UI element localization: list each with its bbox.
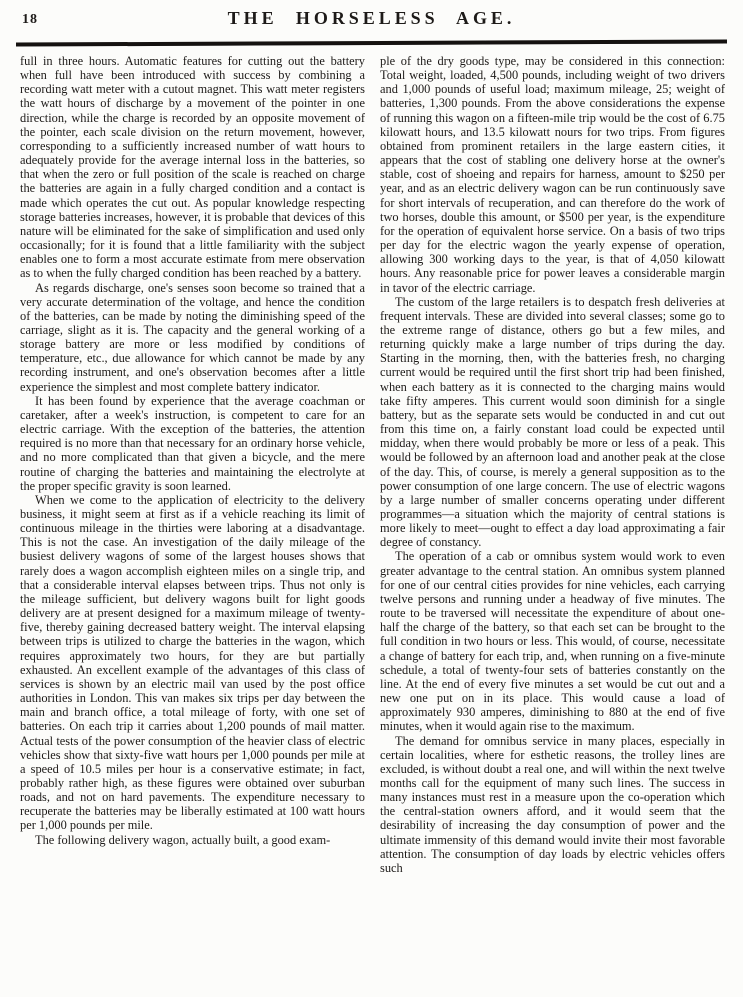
text-columns: full in three hours. Automatic features … (20, 54, 725, 875)
page-title: THE HORSELESS AGE. (0, 8, 743, 29)
paragraph: The demand for omnibus service in many p… (380, 734, 725, 876)
paragraph: The operation of a cab or omnibus system… (380, 549, 725, 733)
column-left: full in three hours. Automatic features … (20, 54, 365, 875)
paragraph: It has been found by experience that the… (20, 394, 365, 493)
paragraph: The following delivery wagon, actually b… (20, 833, 365, 847)
paragraph: The custom of the large retailers is to … (380, 295, 725, 550)
magazine-page: 18 THE HORSELESS AGE. full in three hour… (0, 0, 743, 997)
page-header: 18 THE HORSELESS AGE. (0, 0, 743, 40)
paragraph: ple of the dry goods type, may be consid… (380, 54, 725, 295)
paragraph: As regards discharge, one's senses soon … (20, 281, 365, 394)
header-rule (16, 39, 727, 46)
paragraph: When we come to the application of elect… (20, 493, 365, 833)
paragraph: full in three hours. Automatic features … (20, 54, 365, 281)
column-right: ple of the dry goods type, may be consid… (380, 54, 725, 875)
